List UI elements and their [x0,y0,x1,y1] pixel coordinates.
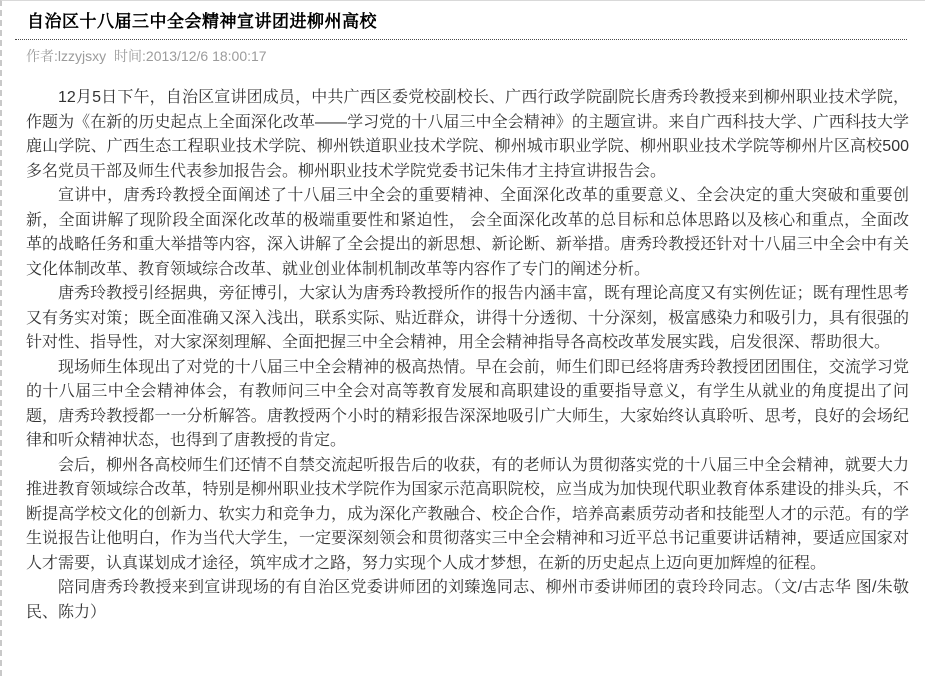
article-paragraph: 陪同唐秀玲教授来到宣讲现场的有自治区党委讲师团的刘臻逸同志、柳州市委讲师团的袁玲… [26,576,909,625]
article-paragraph: 唐秀玲教授引经据典，旁征博引，大家认为唐秀玲教授所作的报告内涵丰富，既有理论高度… [26,282,909,356]
article-title: 自治区十八届三中全会精神宣讲团进柳州高校 [26,10,909,34]
article-paragraph: 宣讲中，唐秀玲教授全面阐述了十八届三中全会的重要精神、全面深化改革的重要意义、全… [26,184,909,282]
title-divider [15,39,907,40]
article-meta: 作者:lzzyjsxy 时间:2013/12/6 18:00:17 [26,47,909,65]
meta-author: 作者:lzzyjsxy [26,48,106,64]
article-page: 自治区十八届三中全会精神宣讲团进柳州高校 作者:lzzyjsxy 时间:2013… [0,0,925,676]
article-paragraph: 会后，柳州各高校师生们还情不自禁交流起听报告后的收获，有的老师认为贯彻落实党的十… [26,454,909,577]
article: 自治区十八届三中全会精神宣讲团进柳州高校 作者:lzzyjsxy 时间:2013… [2,1,925,625]
article-body: 12月5日下午，自治区宣讲团成员，中共广西区委党校副校长、广西行政学院副院长唐秀… [26,86,909,625]
article-paragraph: 12月5日下午，自治区宣讲团成员，中共广西区委党校副校长、广西行政学院副院长唐秀… [26,86,909,184]
article-paragraph: 现场师生体现出了对党的十八届三中全会精神的极高热情。早在会前，师生们即已经将唐秀… [26,356,909,454]
meta-time: 时间:2013/12/6 18:00:17 [114,48,267,64]
